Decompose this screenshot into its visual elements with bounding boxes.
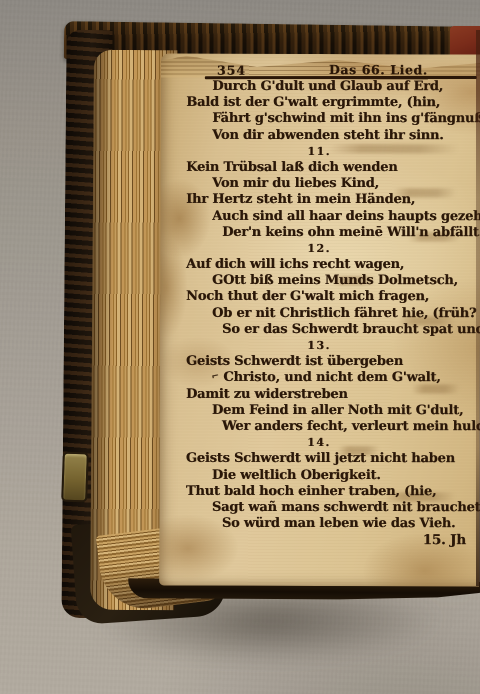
- stanza-number: 12.: [160, 241, 478, 257]
- verse-line: So er das Schwerdt braucht spat und: [222, 322, 478, 338]
- line-text: So er das Schwerdt braucht spat und: [222, 322, 480, 337]
- line-text: Ob er nit Christlich fähret hie, (früh?: [212, 306, 476, 321]
- line-text: Von mir du liebes Kind,: [212, 176, 379, 191]
- line-text: Die weltlich Oberigkeit.: [212, 467, 381, 482]
- verse-line: Auch sind all haar deins haupts gezehlt: [212, 208, 478, 224]
- line-text: Noch thut der G'walt mich fragen,: [186, 289, 429, 304]
- line-text: Damit zu widerstreben: [186, 386, 348, 401]
- hymn-text-block: Durch G'dult und Glaub auf Erd,Bald ist …: [160, 79, 478, 549]
- verse-line: Kein Trübsal laß dich wenden: [186, 160, 478, 176]
- line-text: Sagt wañ mans schwerdt nit brauchet: [212, 500, 480, 515]
- verse-line: Dem Feind in aller Noth mit G'dult,: [212, 403, 478, 419]
- line-text: Fährt g'schwind mit ihn ins g'fängnuß: [212, 111, 480, 126]
- verse-line: Fährt g'schwind mit ihn ins g'fängnuß: [212, 111, 478, 127]
- verse-line: ⌐Christo, und nicht dem G'walt,: [212, 370, 478, 386]
- stanza-number: 14.: [160, 435, 478, 451]
- line-text: Von dir abwenden steht ihr sinn.: [212, 127, 443, 142]
- stanza-number: 13.: [160, 338, 478, 354]
- line-text: 12.: [307, 242, 331, 255]
- line-text: Durch G'dult und Glaub auf Erd,: [212, 79, 443, 94]
- verse-line: Wer anders fecht, verleurt mein huld.: [222, 419, 478, 435]
- line-text: Christo, und nicht dem G'walt,: [223, 370, 440, 385]
- line-text: Wer anders fecht, verleurt mein huld.: [222, 419, 480, 434]
- verse-line: Geists Schwerdt will jetzt nicht haben: [186, 451, 478, 467]
- verse-line: Von mir du liebes Kind,: [212, 176, 478, 192]
- verse-line: Thut bald hoch einher traben, (hie,: [186, 484, 478, 500]
- line-text: 13.: [307, 339, 331, 352]
- line-text: Kein Trübsal laß dich wenden: [186, 160, 397, 175]
- verse-line: So würd man leben wie das Vieh.: [222, 516, 478, 532]
- line-text: Auf dich will ichs recht wagen,: [186, 257, 404, 272]
- line-text: Geists Schwerdt ist übergeben: [186, 354, 403, 369]
- right-crop-edge: [476, 30, 480, 586]
- line-text: Geists Schwerdt will jetzt nicht haben: [186, 451, 455, 466]
- verse-line: Sagt wañ mans schwerdt nit brauchet: [212, 500, 478, 516]
- line-text: Bald ist der G'walt ergrimmte, (hin,: [186, 95, 440, 110]
- book-page: 354 Das 66. Lied. Durch G'dult und Glaub…: [159, 53, 480, 586]
- line-text: 15. Jh: [423, 532, 466, 548]
- verse-line: Ihr Hertz steht in mein Händen,: [186, 192, 478, 208]
- line-text: Der'n keins ohn meinē Will'n abfällt.: [222, 225, 480, 240]
- verse-line: Bald ist der G'walt ergrimmte, (hin,: [186, 95, 478, 111]
- line-text: Dem Feind in aller Noth mit G'dult,: [212, 403, 463, 418]
- line-text: 11.: [307, 145, 331, 158]
- line-text: GOtt biß meins Munds Dolmetsch,: [212, 273, 458, 288]
- verse-line: Die weltlich Oberigkeit.: [212, 467, 478, 483]
- verse-line: Durch G'dult und Glaub auf Erd,: [212, 79, 478, 95]
- verse-line: Noch thut der G'walt mich fragen,: [186, 289, 478, 305]
- verse-line: Ob er nit Christlich fähret hie, (früh?: [212, 306, 478, 322]
- verse-line: Der'n keins ohn meinē Will'n abfällt.: [222, 225, 478, 241]
- verse-line: Geists Schwerdt ist übergeben: [186, 354, 478, 370]
- line-text: 14.: [307, 436, 331, 449]
- clasp-fitting: [61, 452, 89, 503]
- catchword: 15. Jh: [160, 532, 478, 548]
- line-text: So würd man leben wie das Vieh.: [222, 516, 456, 531]
- verse-line: Auf dich will ichs recht wagen,: [186, 257, 478, 273]
- photo-scene: 354 Das 66. Lied. Durch G'dult und Glaub…: [0, 0, 480, 694]
- stanza-number: 11.: [160, 144, 478, 160]
- margin-marker: ⌐: [210, 369, 221, 386]
- verse-line: Von dir abwenden steht ihr sinn.: [212, 127, 478, 143]
- line-text: Auch sind all haar deins haupts gezehlt: [212, 208, 480, 223]
- line-text: Thut bald hoch einher traben, (hie,: [186, 484, 436, 499]
- verse-line: Damit zu widerstreben: [186, 386, 478, 402]
- verse-line: GOtt biß meins Munds Dolmetsch,: [212, 273, 478, 289]
- line-text: Ihr Hertz steht in mein Händen,: [186, 192, 415, 207]
